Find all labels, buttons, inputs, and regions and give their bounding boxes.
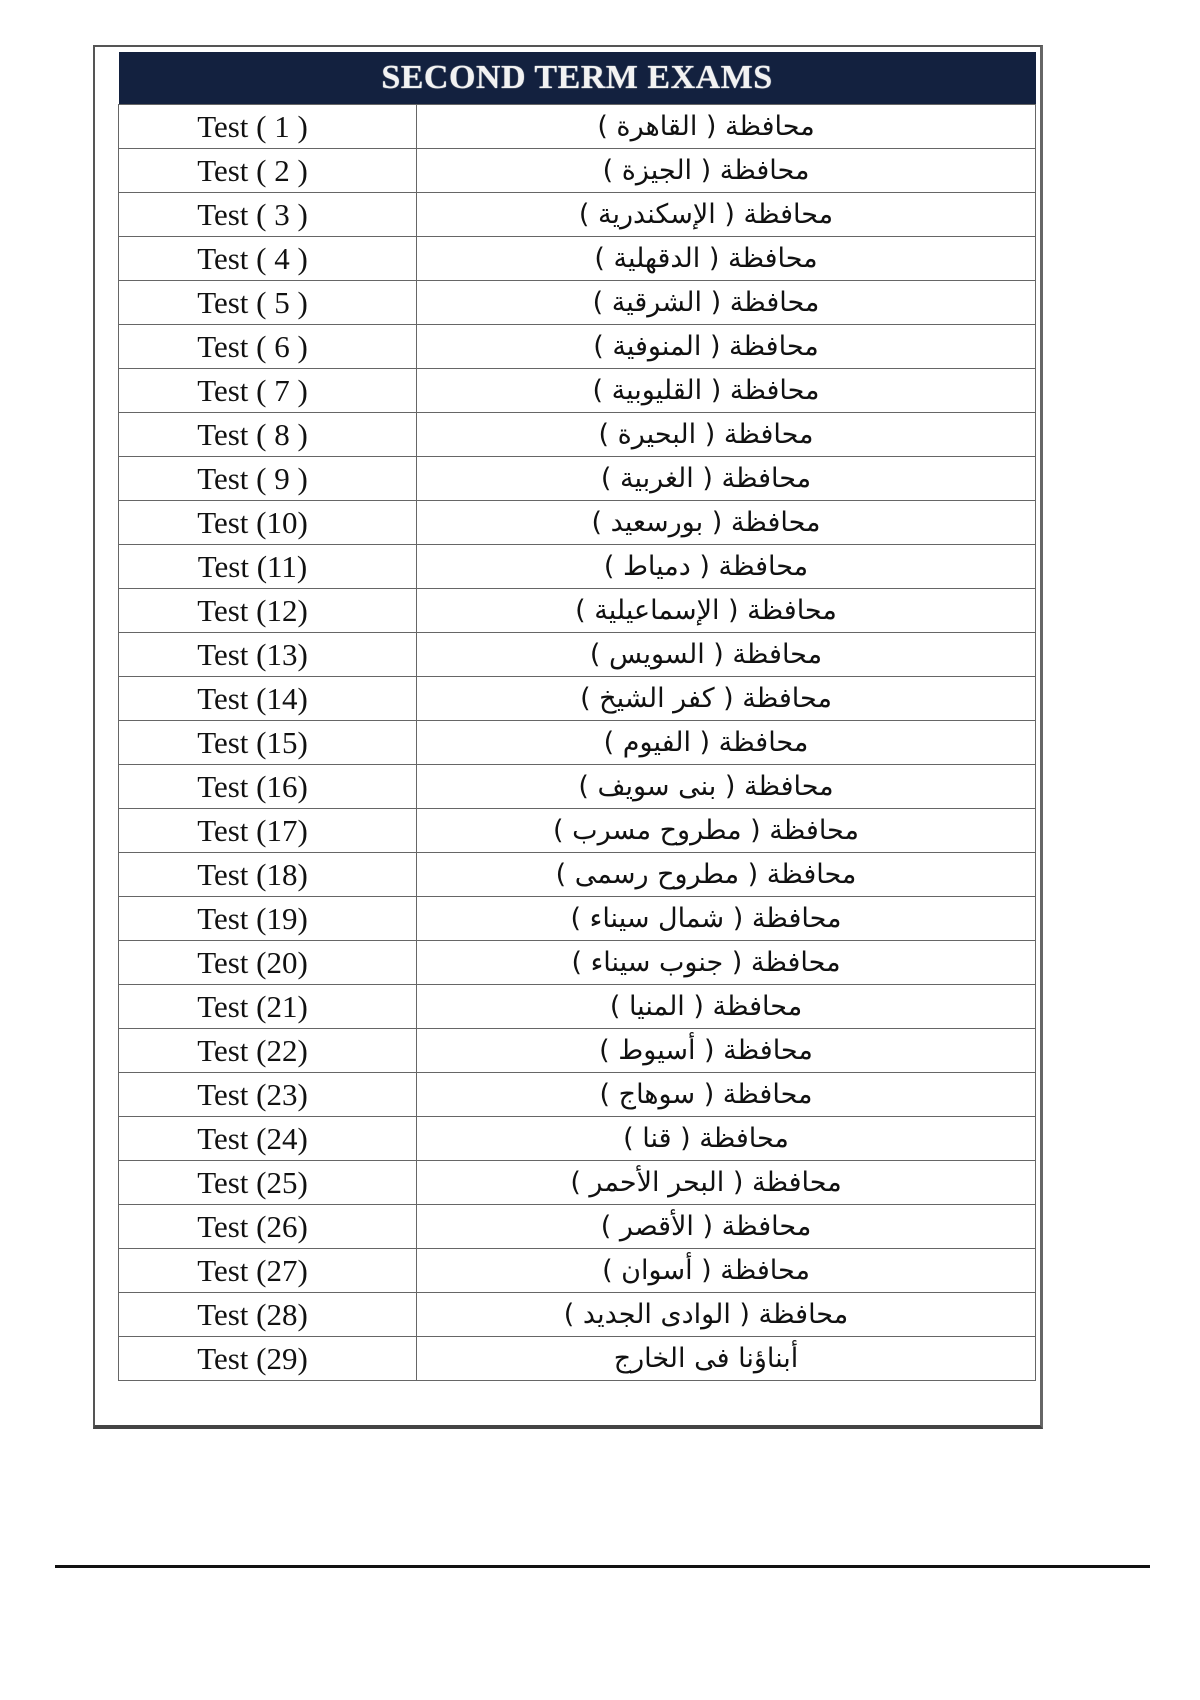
table-row: Test (13)محافظة ( السويس ) [119,633,1036,677]
table-row: Test ( 3 )محافظة ( الإسكندرية ) [119,193,1036,237]
table-row: Test (20)محافظة ( جنوب سيناء ) [119,941,1036,985]
test-label: Test ( 9 ) [119,457,417,501]
governorate-name: محافظة ( المنيا ) [417,985,1036,1029]
test-label: Test (22) [119,1029,417,1073]
governorate-name: محافظة ( المنوفية ) [417,325,1036,369]
table-row: Test (15)محافظة ( الفيوم ) [119,721,1036,765]
test-label: Test (27) [119,1249,417,1293]
test-label: Test ( 6 ) [119,325,417,369]
test-label: Test (11) [119,545,417,589]
governorate-name: محافظة ( جنوب سيناء ) [417,941,1036,985]
table-row: Test (22)محافظة ( أسيوط ) [119,1029,1036,1073]
exams-table: SECOND TERM EXAMS Test ( 1 )محافظة ( الق… [118,52,1036,1381]
governorate-name: محافظة ( دمياط ) [417,545,1036,589]
table-row: Test (25)محافظة ( البحر الأحمر ) [119,1161,1036,1205]
governorate-name: محافظة ( مطروح مسرب ) [417,809,1036,853]
test-label: Test ( 2 ) [119,149,417,193]
test-label: Test ( 1 ) [119,105,417,149]
governorate-name: محافظة ( الجيزة ) [417,149,1036,193]
governorate-name: محافظة ( الوادى الجديد ) [417,1293,1036,1337]
governorate-name: محافظة ( القليوبية ) [417,369,1036,413]
governorate-name: محافظة ( أسوان ) [417,1249,1036,1293]
table-body: Test ( 1 )محافظة ( القاهرة )Test ( 2 )مح… [119,105,1036,1381]
governorate-name: محافظة ( الشرقية ) [417,281,1036,325]
test-label: Test (28) [119,1293,417,1337]
governorate-name: محافظة ( الدقهلية ) [417,237,1036,281]
test-label: Test ( 4 ) [119,237,417,281]
table-row: Test (14)محافظة ( كفر الشيخ ) [119,677,1036,721]
governorate-name: محافظة ( بنى سويف ) [417,765,1036,809]
governorate-name: محافظة ( الإسكندرية ) [417,193,1036,237]
test-label: Test (26) [119,1205,417,1249]
governorate-name: محافظة ( بورسعيد ) [417,501,1036,545]
test-label: Test (23) [119,1073,417,1117]
governorate-name: محافظة ( سوهاج ) [417,1073,1036,1117]
governorate-name: محافظة ( الغربية ) [417,457,1036,501]
test-label: Test (24) [119,1117,417,1161]
table-row: Test ( 6 )محافظة ( المنوفية ) [119,325,1036,369]
table-row: Test ( 1 )محافظة ( القاهرة ) [119,105,1036,149]
test-label: Test (17) [119,809,417,853]
test-label: Test (20) [119,941,417,985]
governorate-name: محافظة ( الإسماعيلية ) [417,589,1036,633]
governorate-name: محافظة ( البحيرة ) [417,413,1036,457]
test-label: Test ( 8 ) [119,413,417,457]
test-label: Test (12) [119,589,417,633]
table-title: SECOND TERM EXAMS [119,52,1036,105]
governorate-name: محافظة ( شمال سيناء ) [417,897,1036,941]
test-label: Test ( 3 ) [119,193,417,237]
table-row: Test (27)محافظة ( أسوان ) [119,1249,1036,1293]
table-row: Test (24)محافظة ( قنا ) [119,1117,1036,1161]
table-row: Test (16)محافظة ( بنى سويف ) [119,765,1036,809]
table-row: Test (26)محافظة ( الأقصر ) [119,1205,1036,1249]
table-row: Test ( 4 )محافظة ( الدقهلية ) [119,237,1036,281]
footer-rule [55,1565,1150,1568]
test-label: Test (10) [119,501,417,545]
table-row: Test (29)أبناؤنا فى الخارج [119,1337,1036,1381]
test-label: Test ( 7 ) [119,369,417,413]
test-label: Test (29) [119,1337,417,1381]
table-row: Test ( 5 )محافظة ( الشرقية ) [119,281,1036,325]
governorate-name: محافظة ( السويس ) [417,633,1036,677]
table-row: Test ( 8 )محافظة ( البحيرة ) [119,413,1036,457]
table-row: Test (17)محافظة ( مطروح مسرب ) [119,809,1036,853]
governorate-name: محافظة ( كفر الشيخ ) [417,677,1036,721]
table-row: Test (11)محافظة ( دمياط ) [119,545,1036,589]
table-row: Test ( 7 )محافظة ( القليوبية ) [119,369,1036,413]
governorate-name: محافظة ( الفيوم ) [417,721,1036,765]
test-label: Test (21) [119,985,417,1029]
test-label: Test (19) [119,897,417,941]
table-row: Test (21)محافظة ( المنيا ) [119,985,1036,1029]
governorate-name: محافظة ( البحر الأحمر ) [417,1161,1036,1205]
test-label: Test (25) [119,1161,417,1205]
governorate-name: محافظة ( أسيوط ) [417,1029,1036,1073]
table-row: Test (18)محافظة ( مطروح رسمى ) [119,853,1036,897]
governorate-name: أبناؤنا فى الخارج [417,1337,1036,1381]
table-row: Test (19)محافظة ( شمال سيناء ) [119,897,1036,941]
table-row: Test (23)محافظة ( سوهاج ) [119,1073,1036,1117]
table-row: Test ( 9 )محافظة ( الغربية ) [119,457,1036,501]
table-row: Test ( 2 )محافظة ( الجيزة ) [119,149,1036,193]
governorate-name: محافظة ( قنا ) [417,1117,1036,1161]
table-row: Test (10)محافظة ( بورسعيد ) [119,501,1036,545]
test-label: Test (16) [119,765,417,809]
governorate-name: محافظة ( القاهرة ) [417,105,1036,149]
governorate-name: محافظة ( الأقصر ) [417,1205,1036,1249]
test-label: Test (14) [119,677,417,721]
table-row: Test (12)محافظة ( الإسماعيلية ) [119,589,1036,633]
test-label: Test (15) [119,721,417,765]
table-row: Test (28)محافظة ( الوادى الجديد ) [119,1293,1036,1337]
test-label: Test ( 5 ) [119,281,417,325]
test-label: Test (18) [119,853,417,897]
governorate-name: محافظة ( مطروح رسمى ) [417,853,1036,897]
test-label: Test (13) [119,633,417,677]
